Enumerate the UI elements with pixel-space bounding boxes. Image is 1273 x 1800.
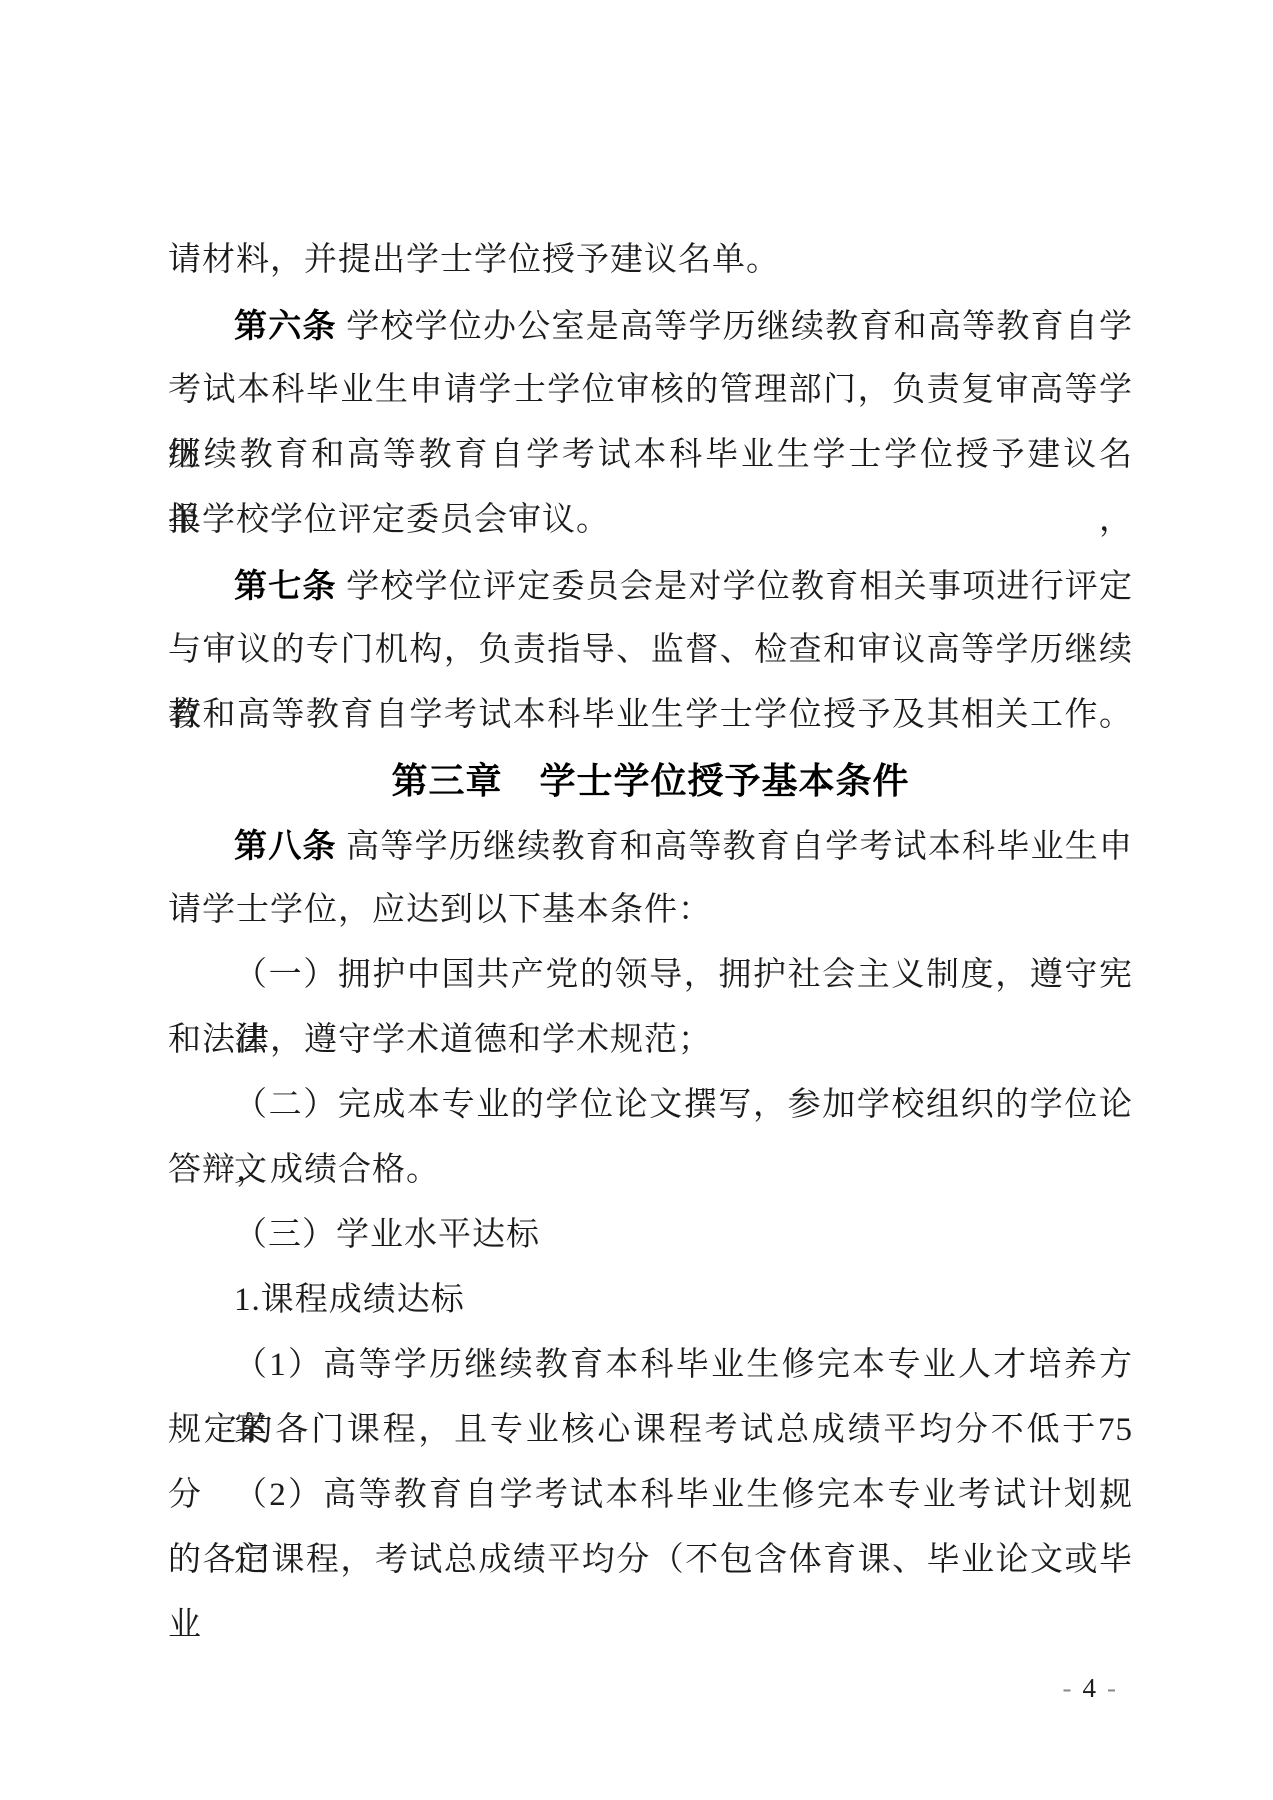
text-line: （一）拥护中国共产党的领导，拥护社会主义制度，遵守宪法	[168, 943, 1133, 1008]
article-number: 第八条	[234, 827, 337, 864]
text-line: 和法律，遵守学术道德和学术规范；	[168, 1008, 1133, 1073]
text-line: 与审议的专门机构，负责指导、监督、检查和审议高等学历继续教	[168, 618, 1133, 683]
text-line: 第七条 学校学位评定委员会是对学位教育相关事项进行评定	[168, 553, 1133, 618]
page-number-dash-left: -	[1063, 1673, 1072, 1703]
text-line: 请学士学位，应达到以下基本条件：	[168, 878, 1133, 943]
text-line: 的各门课程，考试总成绩平均分（不包含体育课、毕业论文或毕业	[168, 1528, 1133, 1593]
text-line: 继续教育和高等教育自学考试本科毕业生学士学位授予建议名单，	[168, 423, 1133, 488]
text-line: （二）完成本专业的学位论文撰写，参加学校组织的学位论文	[168, 1073, 1133, 1138]
page-number-value: 4	[1083, 1673, 1097, 1703]
text-line: 第八条 高等学历继续教育和高等教育自学考试本科毕业生申	[168, 813, 1133, 878]
text-line: 答辩，成绩合格。	[168, 1138, 1133, 1203]
article-number: 第七条	[234, 567, 337, 604]
page-number: -4-	[1063, 1672, 1117, 1704]
text-line: （1）高等学历继续教育本科毕业生修完本专业人才培养方案	[168, 1333, 1133, 1398]
text-line: 育和高等教育自学考试本科毕业生学士学位授予及其相关工作。	[168, 683, 1133, 748]
page-number-dash-right: -	[1107, 1673, 1116, 1703]
text-line: 考试本科毕业生申请学士学位审核的管理部门，负责复审高等学历	[168, 358, 1133, 423]
text-line: （2）高等教育自学考试本科毕业生修完本专业考试计划规定	[168, 1463, 1133, 1528]
text-line: （三）学业水平达标	[168, 1203, 1133, 1268]
text-line: 规定的各门课程，且专业核心课程考试总成绩平均分不低于75分；	[168, 1398, 1133, 1463]
article-number: 第六条	[234, 307, 337, 344]
text-line: 请材料，并提出学士学位授予建议名单。	[168, 228, 1133, 293]
chapter-heading: 第三章 学士学位授予基本条件	[168, 748, 1133, 813]
document-body: 请材料，并提出学士学位授予建议名单。第六条 学校学位办公室是高等学历继续教育和高…	[168, 228, 1133, 1593]
document-page: 请材料，并提出学士学位授予建议名单。第六条 学校学位办公室是高等学历继续教育和高…	[0, 0, 1273, 1800]
text-line: 第六条 学校学位办公室是高等学历继续教育和高等教育自学	[168, 293, 1133, 358]
text-line: 1.课程成绩达标	[168, 1268, 1133, 1333]
